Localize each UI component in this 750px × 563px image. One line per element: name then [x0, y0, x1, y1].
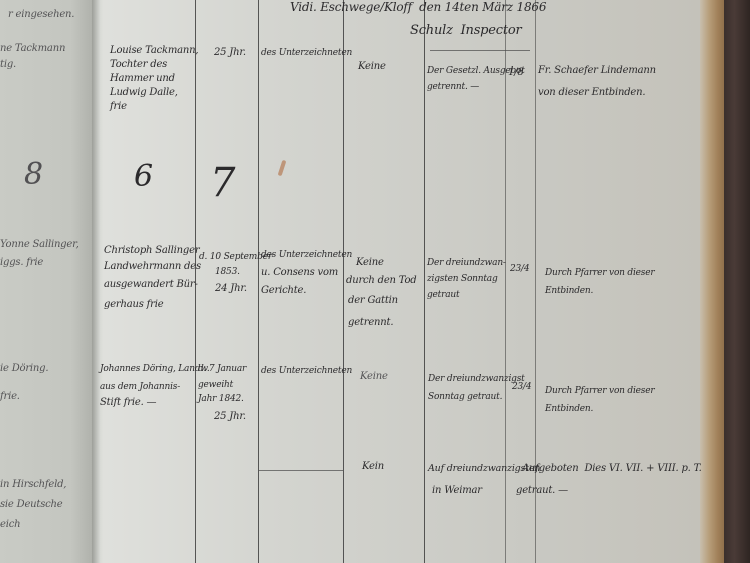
row-number: 6 — [134, 160, 153, 194]
name-line: frie — [110, 100, 127, 114]
name-line: Stift frie. — — [100, 396, 156, 410]
age-cell: 24 Jhr. — [215, 282, 247, 296]
name-line: Johannes Döring, Landw. — [100, 362, 209, 376]
header-vidi: Vidi. Eschwege/Kloff den 14ten März 1866 — [290, 0, 546, 14]
name-line: Tochter des — [110, 58, 167, 72]
remarks-line: der Gattin — [348, 294, 398, 308]
remarks-cell: Kein — [362, 460, 384, 474]
name-line: Louise Tackmann, — [110, 44, 198, 58]
remarks-cell: Keine — [358, 60, 386, 74]
reason-line: getrennt. — — [427, 80, 479, 94]
left-fragment: frie. — [0, 390, 20, 404]
date-line: d. 7 Januar — [198, 362, 246, 376]
status-line: des Unterzeichneten — [261, 248, 352, 262]
left-fragment: eich — [0, 518, 20, 532]
left-fragment: iggs. frie — [0, 256, 43, 270]
left-fragment: tig. — [0, 58, 16, 72]
row-number: 7 — [210, 166, 235, 200]
left-fragment: sie Deutsche — [0, 498, 63, 512]
left-fragment: in Hirschfeld, — [0, 478, 66, 492]
notes-line: Fr. Schaefer Lindemann — [538, 64, 656, 78]
column-rule — [424, 0, 425, 563]
remarks-line: durch den Tod — [346, 274, 417, 288]
age-cell: 25 Jhr. — [214, 46, 246, 60]
column-rule — [505, 0, 506, 563]
notes-line: Aufgeboten Dies VI. VII. + VIII. p. T. — [522, 462, 702, 476]
column-rule — [343, 0, 344, 563]
notes-line: Durch Pfarrer von dieser — [545, 384, 654, 398]
notes-line: von dieser Entbinden. — [538, 86, 645, 100]
remarks-cell: Keine — [360, 370, 388, 384]
reason-line: getraut — [427, 288, 459, 302]
status-cell: des Unterzeichneten — [261, 364, 352, 378]
header-underline — [430, 50, 530, 51]
left-fragment: ne Tackmann — [0, 42, 65, 56]
header-inspector: Schulz Inspector — [410, 24, 522, 38]
name-line: Christoph Sallinger — [104, 244, 199, 258]
column-rule — [535, 0, 536, 563]
reason-line: zigsten Sonntag — [427, 272, 498, 286]
left-fragment: Yonne Sallinger, — [0, 238, 79, 252]
page-edges — [700, 0, 726, 563]
fraction-cell: 23/4 — [510, 262, 529, 276]
fraction-cell: 1/8 — [508, 66, 524, 80]
date-line: geweiht — [198, 378, 233, 392]
name-line: Landwehrmann des — [104, 260, 201, 274]
cell-rule — [259, 470, 343, 471]
fraction-cell: 23/4 — [512, 380, 531, 394]
left-fragment: ie Döring. — [0, 362, 48, 376]
reason-line: Sonntag getraut. — [428, 390, 502, 404]
notes-line: Entbinden. — [545, 284, 593, 298]
status-cell: des Unterzeichneten — [261, 46, 352, 60]
name-line: Hammer und — [110, 72, 175, 86]
book-cover — [724, 0, 750, 563]
name-line: aus dem Johannis- — [100, 380, 180, 394]
date-line: Jahr 1842. — [198, 392, 244, 406]
age-cell: 25 Jhr. — [214, 410, 246, 424]
status-line: u. Consens vom — [261, 266, 338, 280]
notes-line: getraut. — — [516, 484, 568, 498]
left-fragment: r eingesehen. — [8, 8, 74, 22]
status-line: Gerichte. — [261, 284, 306, 298]
remarks-line: getrennt. — [348, 316, 393, 330]
date-line: 1853. — [215, 265, 240, 279]
column-rule — [258, 0, 259, 563]
name-line: Ludwig Dalle, — [110, 86, 178, 100]
reason-line: Der dreiundzwanzigst — [428, 372, 525, 386]
reason-line: Der dreiundzwan- — [427, 256, 506, 270]
notes-line: Entbinden. — [545, 402, 593, 416]
left-row-number: 8 — [24, 158, 43, 192]
name-line: gerhaus frie — [104, 298, 163, 312]
reason-line: in Weimar — [432, 484, 482, 498]
notes-line: Durch Pfarrer von dieser — [545, 266, 654, 280]
remarks-line: Keine — [356, 256, 384, 270]
name-line: ausgewandert Bür- — [104, 278, 198, 292]
